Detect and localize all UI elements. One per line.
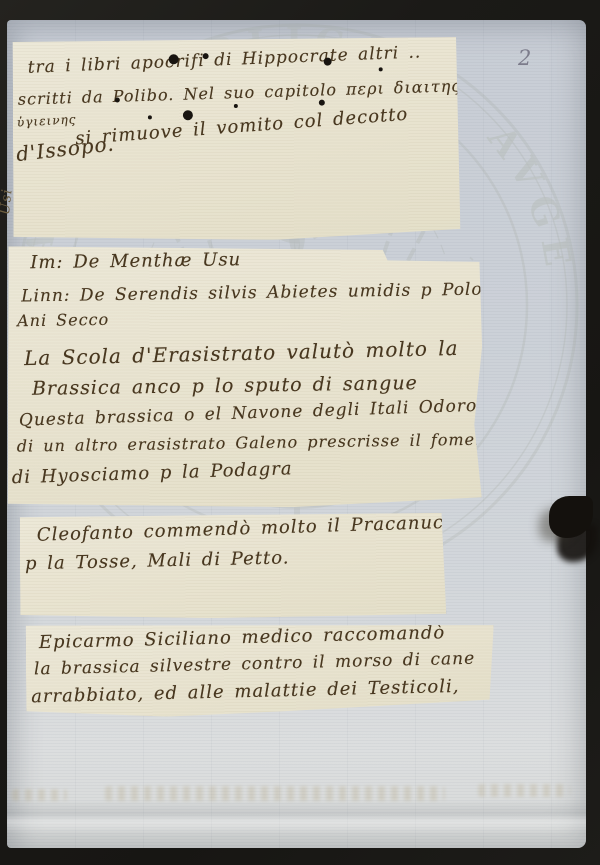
ink-dot	[379, 67, 383, 71]
handwriting-line: arrabbiato, ed alle malattie dei Testico…	[31, 678, 460, 707]
handwriting-line: p la Tosse, Mali di Petto.	[25, 549, 290, 574]
paper-slip-3: Cleofanto commendò molto il Pracanuculo …	[20, 513, 447, 619]
ink-dot	[319, 100, 325, 106]
ink-dot	[183, 110, 193, 120]
handwriting-line: di Hyosciamo p la Podagra	[12, 460, 293, 488]
handwriting-line: tra i libri apocrifi di Hippocrate altri…	[27, 44, 421, 77]
handwriting-line: Epicarmo Siciliano medico raccomandò	[39, 624, 446, 653]
ink-blot	[549, 496, 593, 538]
handwriting-line: Brassica anco p lo sputo di sangue	[32, 374, 418, 400]
handwriting-line: Questa brassica o el Navone degli Itali …	[19, 397, 494, 430]
handwriting-line: Ani Secco	[17, 312, 109, 330]
ink-dot	[148, 115, 152, 119]
handwriting-line: Im: De Menthæ Usu	[30, 251, 241, 273]
paper-slip-1: tra i libri apocrifi di Hippocrate altri…	[13, 37, 461, 241]
ink-dot	[324, 58, 332, 66]
ink-dot	[115, 98, 120, 103]
handwriting-line: si rimuove il vomito col decotto	[75, 106, 409, 150]
paper-slip-4: Epicarmo Siciliano medico raccomandò la …	[26, 622, 495, 717]
manuscript-scan: TAT PVBLICAE AVGE 2 Usi tra i libri apoc…	[0, 0, 600, 865]
ink-dot	[169, 54, 179, 64]
handwriting-line: Linn: De Serendis silvis Abietes umidis …	[21, 282, 483, 307]
ink-dot	[203, 53, 209, 59]
paper-slip-2: Im: De Menthæ Usu Linn: De Serendis silv…	[8, 246, 483, 507]
handwriting-line: d'Issopo.	[15, 133, 115, 165]
page-number: 2	[518, 46, 531, 70]
ink-dot	[234, 104, 238, 108]
handwriting-line: Cleofanto commendò molto il Pracanuculo	[37, 513, 476, 546]
handwriting-line: di un altro erasistrato Galeno prescriss…	[17, 431, 505, 455]
show-through	[478, 784, 570, 797]
show-through	[105, 786, 445, 801]
handwriting-line: ὑγιεινης	[17, 113, 77, 129]
handwriting-line: la brassica silvestre contro il morso di…	[34, 651, 476, 680]
show-through	[12, 789, 67, 801]
handwriting-line: La Scola d'Erasistrato valutò molto la	[24, 338, 459, 369]
